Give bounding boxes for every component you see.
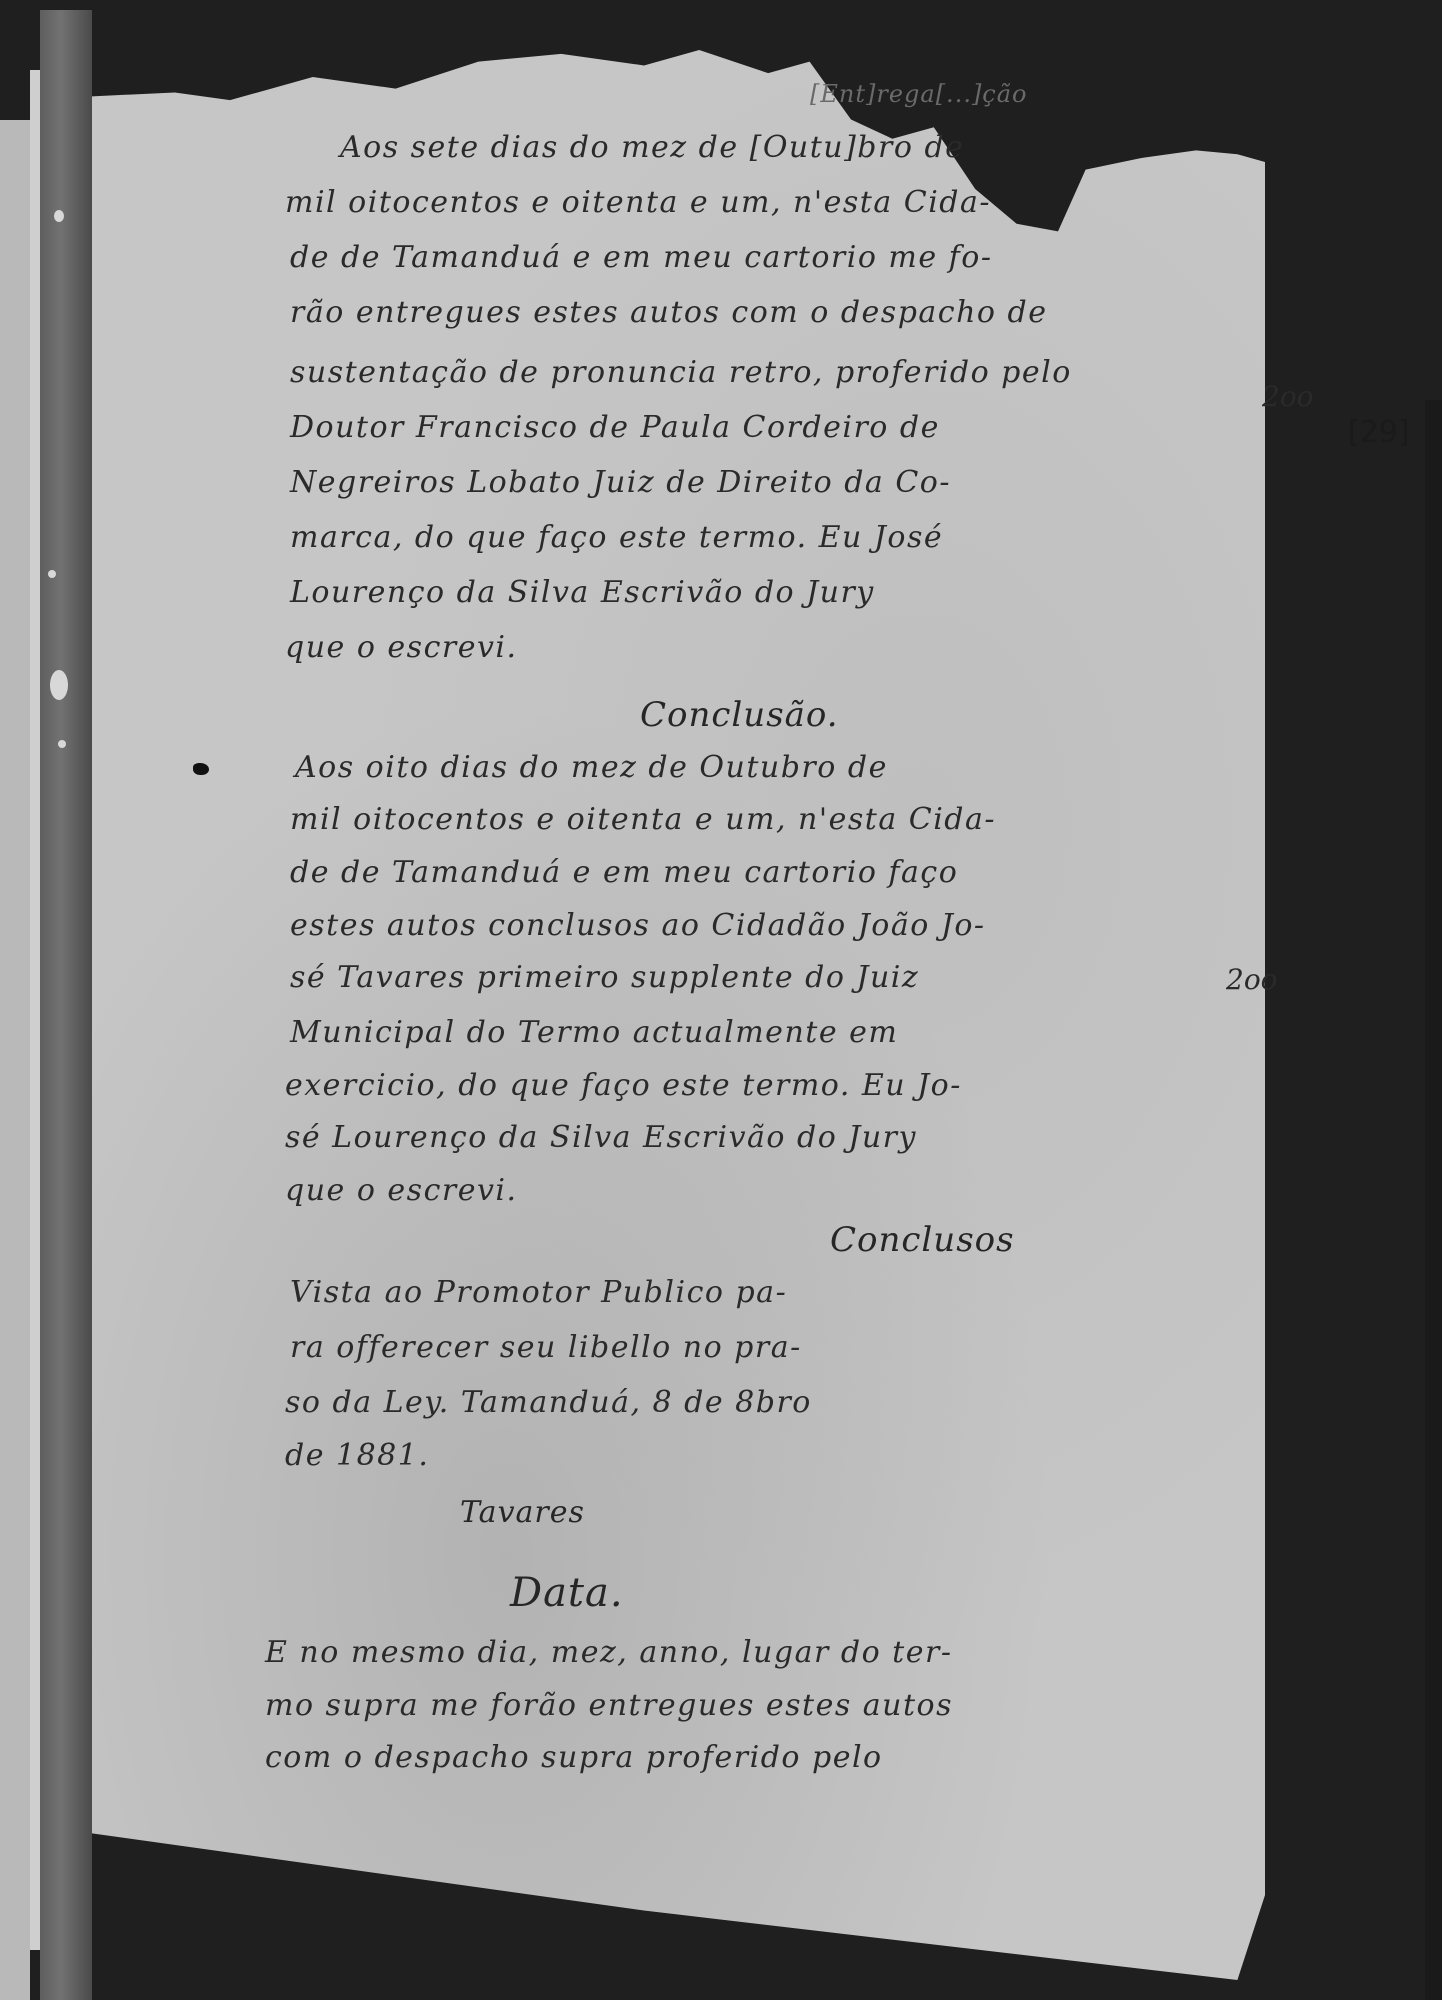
text-line: com o despacho supra proferido pelo	[265, 1740, 883, 1775]
text-line: exercicio, do que faço este termo. Eu Jo…	[285, 1068, 962, 1103]
scan-background-edge	[1425, 400, 1442, 2000]
text-line: sé Tavares primeiro supplente do Juiz	[290, 960, 919, 995]
text-line: sustentação de pronuncia retro, proferid…	[290, 355, 1072, 390]
text-line: Doutor Francisco de Paula Cordeiro de	[290, 410, 940, 445]
text-line: estes autos conclusos ao Cidadão João Jo…	[290, 908, 986, 943]
signature: Tavares	[460, 1495, 585, 1530]
text-line: Aos sete dias do mez de [Outu]bro de	[340, 130, 964, 165]
section-heading: Conclusos	[830, 1220, 1015, 1260]
text-line: rão entregues estes autos com o despacho…	[290, 295, 1047, 330]
text-line: de de Tamanduá e em meu cartorio faço	[290, 855, 958, 890]
text-line: so da Ley. Tamanduá, 8 de 8bro	[285, 1385, 812, 1420]
text-line: Aos oito dias do mez de Outubro de	[295, 750, 888, 785]
adjacent-page-edge	[0, 120, 30, 2000]
section-heading: Conclusão.	[640, 695, 839, 735]
section-heading: Data.	[510, 1570, 624, 1616]
ink-blot	[193, 763, 209, 775]
book-spine	[40, 10, 92, 2000]
text-line: ra offerecer seu libello no pra-	[290, 1330, 802, 1365]
text-line: sé Lourenço da Silva Escrivão do Jury	[285, 1120, 917, 1155]
text-line: Negreiros Lobato Juiz de Direito da Co-	[290, 465, 951, 500]
margin-note: 2oo	[1262, 380, 1314, 413]
text-line: mo supra me forão entregues estes autos	[265, 1688, 953, 1723]
text-line: de de Tamanduá e em meu cartorio me fo-	[290, 240, 992, 275]
section-heading: [Ent]rega[...]ção	[810, 80, 1028, 108]
text-line: que o escrevi.	[285, 630, 518, 665]
text-line: E no mesmo dia, mez, anno, lugar do ter-	[265, 1635, 952, 1670]
text-line: marca, do que faço este termo. Eu José	[290, 520, 943, 555]
page-number: [29]	[1348, 415, 1410, 450]
text-line: mil oitocentos e oitenta e um, n'esta Ci…	[290, 802, 996, 837]
text-line: Lourenço da Silva Escrivão do Jury	[290, 575, 875, 610]
text-line: que o escrevi.	[285, 1173, 518, 1208]
margin-note: 2oo	[1226, 963, 1278, 996]
text-line: de 1881.	[285, 1438, 429, 1473]
text-line: mil oitocentos e oitenta e um, n'esta Ci…	[285, 185, 991, 220]
text-line: Municipal do Termo actualmente em	[290, 1015, 898, 1050]
text-line: Vista ao Promotor Publico pa-	[290, 1275, 787, 1310]
